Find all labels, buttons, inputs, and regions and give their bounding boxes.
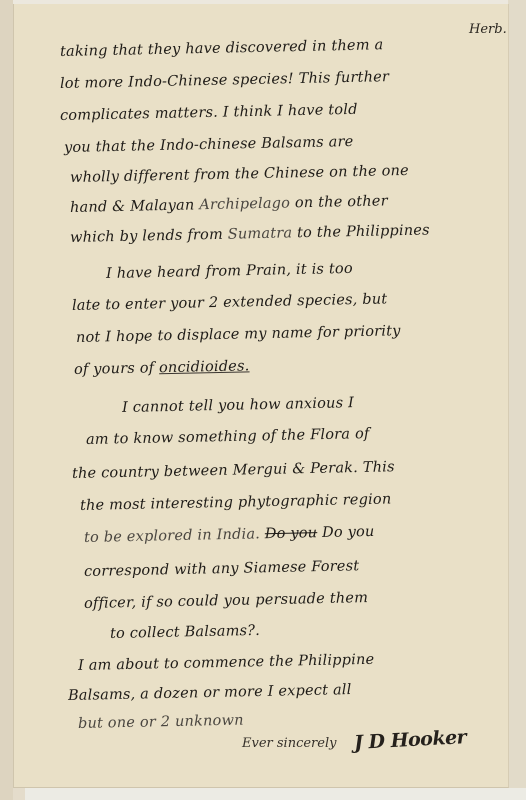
letter-line-6-end: on the other xyxy=(290,193,388,211)
letter-line-7-start: which by lends from xyxy=(70,227,228,246)
letter-line-1: taking that they have discovered in them… xyxy=(60,37,384,60)
letter-line-16-start: to be explored in India. xyxy=(84,526,265,546)
mount-right-edge xyxy=(508,0,526,800)
letter-line-22: but one or 2 unknown xyxy=(78,713,244,732)
letter-closing: Ever sincerely xyxy=(242,736,336,751)
letter-line-10: not I hope to displace my name for prior… xyxy=(76,323,401,346)
letter-line-14: the country between Mergui & Perak. This xyxy=(72,459,395,482)
letter-line-18: officer, if so could you persuade them xyxy=(84,590,368,612)
mount-bottom-strip xyxy=(25,788,526,800)
letter-page: Herb. taking that they have discovered i… xyxy=(13,4,509,788)
letter-word-sumatra: Sumatra xyxy=(228,225,293,242)
letter-struck-text: Do you xyxy=(265,525,318,542)
letter-line-13: am to know something of the Flora of xyxy=(86,426,370,448)
letter-line-21: Balsams, a dozen or more I expect all xyxy=(68,682,352,704)
letter-signature: J D Hooker xyxy=(353,726,466,754)
letter-line-7-end: to the Philippines xyxy=(292,222,430,241)
mount-left-edge xyxy=(0,0,13,800)
letter-line-6: hand & Malayan Archipelago on the other xyxy=(70,193,388,216)
letter-line-20: I am about to commence the Philippine xyxy=(78,652,375,674)
letter-line-15: the most interesting phytographic region xyxy=(80,491,392,514)
letter-line-11-start: of yours of xyxy=(74,360,159,378)
letter-line-9: late to enter your 2 extended species, b… xyxy=(72,291,388,314)
letter-line-8: I have heard from Prain, it is too xyxy=(106,261,353,282)
letter-line-12: I cannot tell you how anxious I xyxy=(122,395,354,416)
letter-line-11: of yours of oncidioides. xyxy=(74,358,250,378)
letter-line-4: you that the Indo-chinese Balsams are xyxy=(64,134,354,156)
page-mark: Herb. xyxy=(469,22,507,37)
letter-line-19: to collect Balsams?. xyxy=(110,623,260,642)
letter-line-16-end: Do you xyxy=(317,524,375,541)
letter-line-6-start: hand & Malayan xyxy=(70,197,200,216)
letter-line-7: which by lends from Sumatra to the Phili… xyxy=(70,222,430,246)
letter-line-5: wholly different from the Chinese on the… xyxy=(70,163,409,186)
letter-line-2: lot more Indo-Chinese species! This furt… xyxy=(60,69,389,92)
letter-line-17: correspond with any Siamese Forest xyxy=(84,558,360,580)
letter-line-16: to be explored in India. Do you Do you xyxy=(84,524,375,546)
letter-line-3: complicates matters. I think I have told xyxy=(60,102,358,124)
letter-word-archipelago: Archipelago xyxy=(199,195,290,213)
letter-word-underlined: oncidioides. xyxy=(159,358,250,376)
